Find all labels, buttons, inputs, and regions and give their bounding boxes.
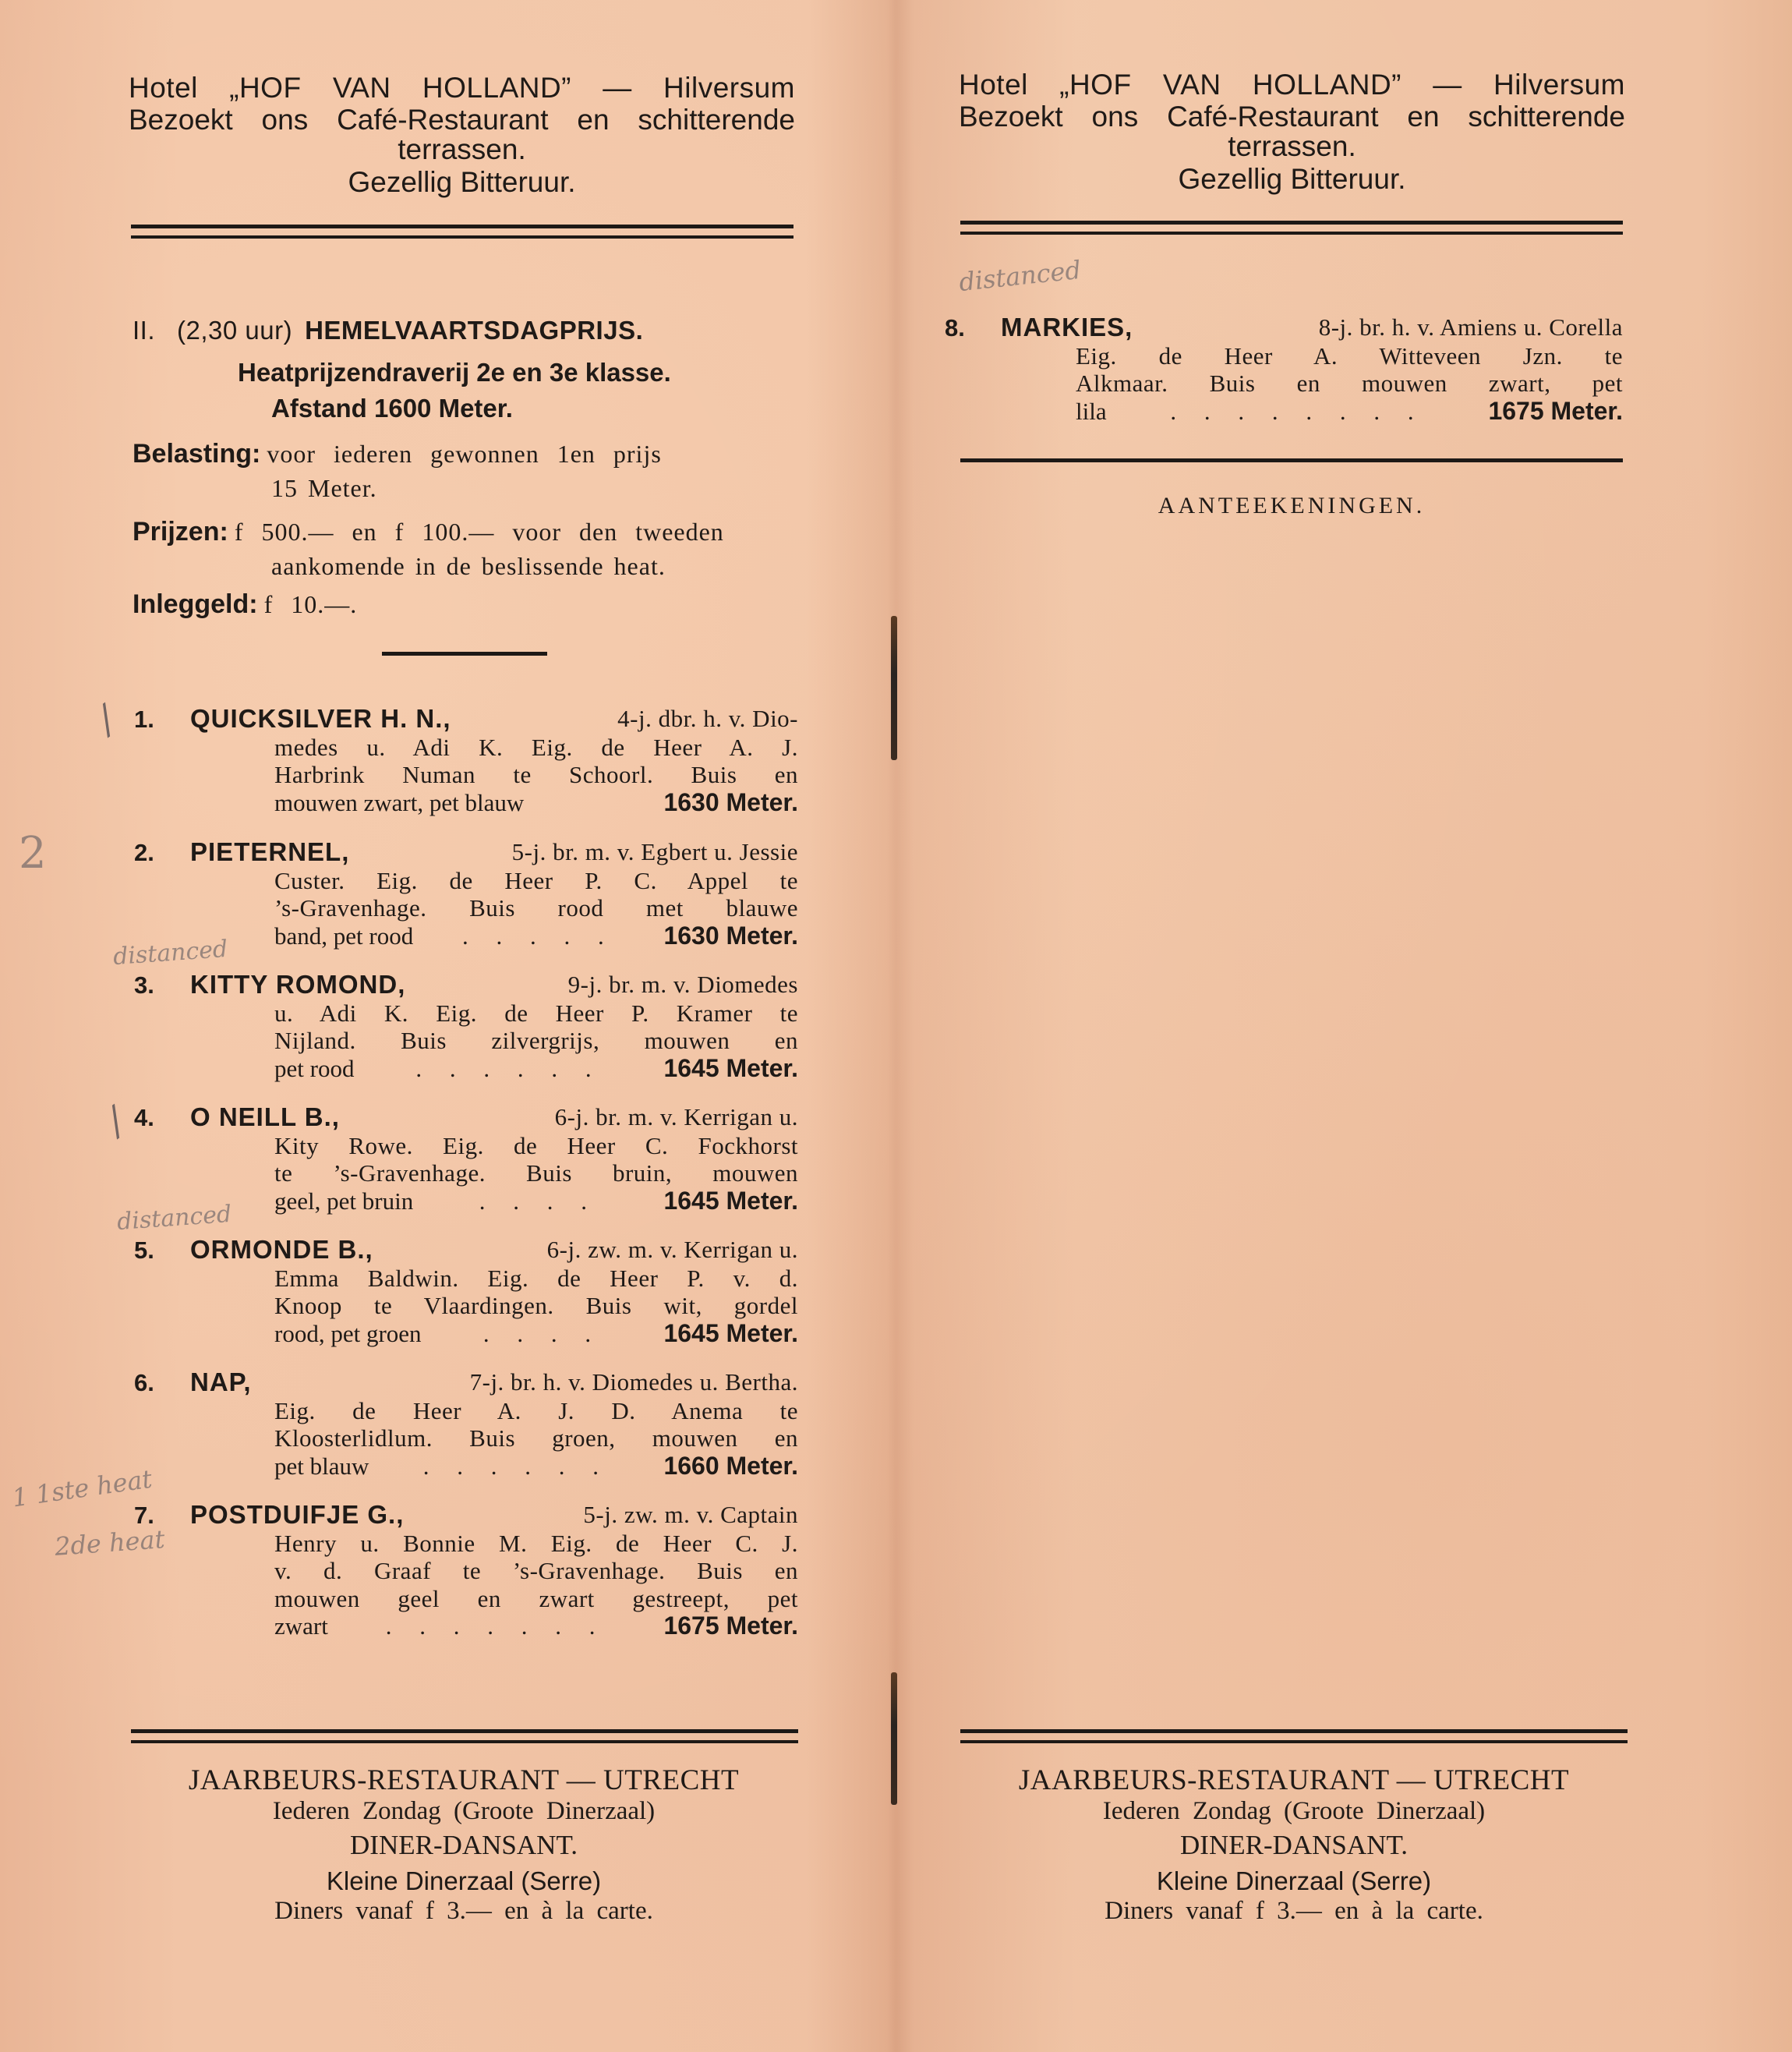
entry-line1: 4-j. dbr. h. v. Dio- [617, 705, 798, 734]
entry-item: 6.NAP,7-j. br. h. v. Diomedes u. Bertha.… [134, 1368, 798, 1480]
entry-distance: 1645 Meter. [663, 1320, 798, 1348]
entry-distance: 1630 Meter. [663, 789, 798, 817]
condition-label: Inleggeld: [133, 589, 258, 619]
horse-name: ORMONDE B., [190, 1235, 373, 1264]
horse-name: KITTY ROMOND, [190, 970, 405, 999]
entry-colors: mouwen zwart, pet blauw [274, 789, 524, 817]
bottom-advertisement: JAARBEURS-RESTAURANT — UTRECHT Iederen Z… [959, 1764, 1629, 1925]
ad-bitteruur-line: Gezellig Bitteruur. [129, 164, 795, 201]
entry-line1: 9-j. br. m. v. Diomedes [568, 971, 798, 999]
entry-description: Alkmaar. Buis en mouwen zwart, pet [945, 370, 1623, 398]
entry-number: 6. [134, 1369, 190, 1397]
entry-distance: 1660 Meter. [663, 1452, 798, 1481]
entry-item: 1.QUICKSILVER H. N.,4-j. dbr. h. v. Dio-… [134, 705, 798, 816]
entry-description: mouwen geel en zwart gestreept, pet [134, 1585, 798, 1613]
ad-terraces-line: terrassen. [959, 133, 1625, 161]
leader-dots: . . . . . . [369, 1452, 663, 1481]
race-heading: II.(2,30 uur)HEMELVAARTSDAGPRIJS. Heatpr… [133, 316, 795, 426]
entry-description: ’s-Gravenhage. Buis rood met blauwe [134, 894, 798, 922]
entry-colors: rood, pet groen [274, 1320, 422, 1348]
pencil-check-mark: / [97, 1099, 133, 1142]
horse-name: MARKIES, [1001, 313, 1133, 341]
short-rule-divider [382, 652, 547, 656]
ad-restaurant-line: JAARBEURS-RESTAURANT — UTRECHT [959, 1764, 1629, 1797]
entry-item: 5.ORMONDE B.,6-j. zw. m. v. Kerrigan u. … [134, 1236, 798, 1347]
entry-number: 1. [134, 706, 190, 734]
condition-belasting: Belasting: voor iederen gewonnen 1en pri… [133, 437, 795, 505]
ad-price-line: Diners vanaf f 3.— en à la carte. [129, 1897, 799, 1925]
race-distance: Afstand 1600 Meter. [271, 391, 795, 426]
leader-dots: . . . . . . . [328, 1612, 664, 1640]
double-rule-divider [960, 221, 1623, 235]
leader-dots: . . . . [413, 1187, 663, 1215]
ad-diner-dansant: DINER-DANSANT. [959, 1825, 1629, 1866]
ad-serre-line: Kleine Dinerzaal (Serre) [959, 1866, 1629, 1897]
entry-number: 2. [134, 839, 190, 867]
condition-label: Prijzen: [133, 517, 228, 547]
race-title: II.(2,30 uur)HEMELVAARTSDAGPRIJS. [133, 316, 795, 345]
entry-colors: zwart [274, 1612, 328, 1640]
ad-sunday-line: Iederen Zondag (Groote Dinerzaal) [959, 1797, 1629, 1825]
ad-diner-dansant: DINER-DANSANT. [129, 1825, 799, 1866]
condition-inleggeld: Inleggeld: f 10.—. [133, 589, 795, 620]
entry-distance: 1645 Meter. [663, 1187, 798, 1215]
horse-name: O NEILL B., [190, 1102, 340, 1131]
pencil-note-distanced: distanced [957, 255, 1082, 297]
entry-description: Kity Rowe. Eig. de Heer C. Fockhorst [134, 1132, 798, 1160]
entry-line1: 6-j. zw. m. v. Kerrigan u. [547, 1236, 798, 1265]
entry-description: Custer. Eig. de Heer P. C. Appel te [134, 867, 798, 895]
entry-line1: 7-j. br. h. v. Diomedes u. Bertha. [470, 1368, 798, 1397]
ad-serre-line: Kleine Dinerzaal (Serre) [129, 1866, 799, 1897]
entry-number: 4. [134, 1104, 190, 1132]
top-advertisement: Hotel „HOF VAN HOLLAND” — Hilversum Bezo… [129, 72, 795, 201]
ad-sunday-line: Iederen Zondag (Groote Dinerzaal) [129, 1797, 799, 1825]
leader-dots [524, 789, 663, 817]
entry-distance: 1675 Meter. [1488, 398, 1623, 426]
condition-label: Belasting: [133, 439, 260, 469]
double-rule-divider [131, 225, 793, 239]
double-rule-divider [960, 1729, 1628, 1743]
ad-hotel-line: Hotel „HOF VAN HOLLAND” — Hilversum [129, 72, 795, 104]
entry-item: 7.POSTDUIFJE G.,5-j. zw. m. v. Captain H… [134, 1501, 798, 1640]
ad-restaurant-line: JAARBEURS-RESTAURANT — UTRECHT [129, 1764, 799, 1797]
condition-text: voor iederen gewonnen 1en prijs [267, 440, 661, 468]
horse-name: QUICKSILVER H. N., [190, 704, 451, 733]
leader-dots: . . . . . . [354, 1055, 663, 1083]
entry-distance: 1645 Meter. [663, 1055, 798, 1083]
condition-prijzen: Prijzen: f 500.— en f 100.— voor den twe… [133, 515, 795, 583]
entry-item: 3.KITTY ROMOND,9-j. br. m. v. Diomedes u… [134, 971, 798, 1082]
ad-visit-line: Bezoekt ons Café-Restaurant en schittere… [959, 101, 1625, 133]
entry-description: Emma Baldwin. Eig. de Heer P. v. d. [134, 1265, 798, 1293]
race-number: II. [133, 316, 155, 345]
right-page: Hotel „HOF VAN HOLLAND” — Hilversum Bezo… [896, 0, 1792, 2052]
entry-number: 3. [134, 971, 190, 999]
pencil-note-placing: 2 [19, 828, 47, 879]
entry-line1: 5-j. br. m. v. Egbert u. Jessie [512, 838, 798, 867]
condition-text-cont: 15 Meter. [133, 471, 795, 505]
pencil-note-heat: 1 1ste heat [10, 1464, 154, 1513]
entry-line1: 6-j. br. m. v. Kerrigan u. [555, 1103, 798, 1132]
entry-description: Eig. de Heer A. Witteveen Jzn. te [945, 342, 1623, 370]
entry-description: u. Adi K. Eig. de Heer P. Kramer te [134, 999, 798, 1028]
entry-colors: band, pet rood [274, 922, 413, 950]
ad-bitteruur-line: Gezellig Bitteruur. [959, 161, 1625, 198]
entry-item: 2.PIETERNEL,5-j. br. m. v. Egbert u. Jes… [134, 838, 798, 950]
entry-item: 8.MARKIES,8-j. br. h. v. Amiens u. Corel… [945, 313, 1623, 425]
condition-text: f 10.—. [264, 590, 358, 618]
leader-dots: . . . . . . . . [1107, 398, 1489, 426]
entry-number: 5. [134, 1237, 190, 1265]
horse-name: POSTDUIFJE G., [190, 1500, 404, 1529]
condition-text-cont: aankomende in de beslissende heat. [133, 549, 795, 583]
entry-number: 7. [134, 1502, 190, 1530]
left-page: Hotel „HOF VAN HOLLAND” — Hilversum Bezo… [0, 0, 889, 2052]
entry-line1: 8-j. br. h. v. Amiens u. Corella [1319, 313, 1623, 342]
race-name: HEMELVAARTSDAGPRIJS. [305, 316, 643, 345]
entry-description: v. d. Graaf te ’s-Gravenhage. Buis en [134, 1557, 798, 1585]
entry-colors: pet blauw [274, 1452, 369, 1481]
entry-description: Harbrink Numan te Schoorl. Buis en [134, 761, 798, 789]
top-advertisement: Hotel „HOF VAN HOLLAND” — Hilversum Bezo… [959, 69, 1625, 198]
entry-description: Nijland. Buis zilvergrijs, mouwen en [134, 1027, 798, 1055]
entry-description: Kloosterlidlum. Buis groen, mouwen en [134, 1424, 798, 1452]
ad-visit-line: Bezoekt ons Café-Restaurant en schittere… [129, 104, 795, 136]
entry-colors: pet rood [274, 1055, 354, 1083]
entry-description: Henry u. Bonnie M. Eig. de Heer C. J. [134, 1530, 798, 1558]
entry-colors: lila [1076, 398, 1107, 426]
rule-divider [960, 458, 1623, 462]
condition-text: f 500.— en f 100.— voor den tweeden [235, 518, 724, 546]
entry-number: 8. [945, 314, 1001, 342]
double-rule-divider [131, 1729, 798, 1743]
entry-distance: 1675 Meter. [663, 1612, 798, 1640]
race-class: Heatprijzendraverij 2e en 3e klasse. [238, 355, 795, 391]
entry-description: te ’s-Gravenhage. Buis bruin, mouwen [134, 1159, 798, 1187]
entry-description: Knoop te Vlaardingen. Buis wit, gordel [134, 1292, 798, 1320]
leader-dots: . . . . [422, 1320, 664, 1348]
entry-description: Eig. de Heer A. J. D. Anema te [134, 1397, 798, 1425]
ad-price-line: Diners vanaf f 3.— en à la carte. [959, 1897, 1629, 1925]
booklet-spread: Hotel „HOF VAN HOLLAND” — Hilversum Bezo… [0, 0, 1792, 2052]
entry-distance: 1630 Meter. [663, 922, 798, 950]
pencil-check-mark: / [88, 698, 123, 741]
horse-name: PIETERNEL, [190, 837, 349, 866]
entry-description: medes u. Adi K. Eig. de Heer A. J. [134, 734, 798, 762]
notes-heading: AANTEEKENINGEN. [960, 493, 1623, 519]
horse-name: NAP, [190, 1367, 252, 1396]
ad-terraces-line: terrassen. [129, 136, 795, 164]
entry-item: 4.O NEILL B.,6-j. br. m. v. Kerrigan u. … [134, 1103, 798, 1215]
entry-line1: 5-j. zw. m. v. Captain [583, 1501, 798, 1530]
race-time: (2,30 uur) [177, 316, 292, 345]
leader-dots: . . . . . [413, 922, 663, 950]
bottom-advertisement: JAARBEURS-RESTAURANT — UTRECHT Iederen Z… [129, 1764, 799, 1925]
entry-colors: geel, pet bruin [274, 1187, 413, 1215]
ad-hotel-line: Hotel „HOF VAN HOLLAND” — Hilversum [959, 69, 1625, 101]
